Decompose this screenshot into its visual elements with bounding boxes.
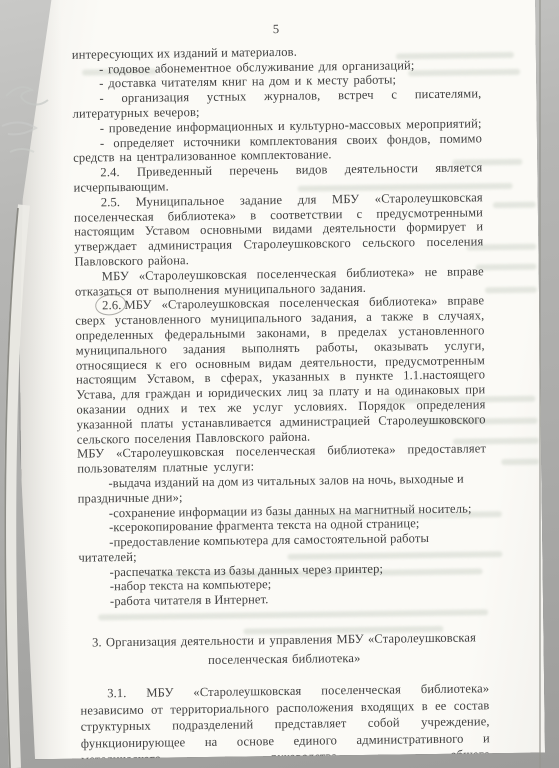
page-content: 5 интересующих их изданий и материалов. … xyxy=(71,19,490,768)
section-heading: 3. Организация деятельности и управления… xyxy=(79,628,488,671)
paragraph-2-5: 2.5. Муниципальное задание для МБУ «Стар… xyxy=(74,190,484,269)
pencil-circle: 2.6. xyxy=(102,298,121,312)
document-page: 5 интересующих их изданий и материалов. … xyxy=(15,0,545,759)
paragraph-2-6-text: МБУ «Старолеушковская поселенческая библ… xyxy=(75,294,486,447)
paragraph-2-6: 2.6.МБУ «Старолеушковская поселенческая … xyxy=(75,294,486,447)
scanned-document: 5 интересующих их изданий и материалов. … xyxy=(0,0,559,768)
paragraph-3-1: 3.1. МБУ «Старолеушковская поселенческая… xyxy=(80,680,490,768)
page-edge-crease xyxy=(539,0,541,768)
